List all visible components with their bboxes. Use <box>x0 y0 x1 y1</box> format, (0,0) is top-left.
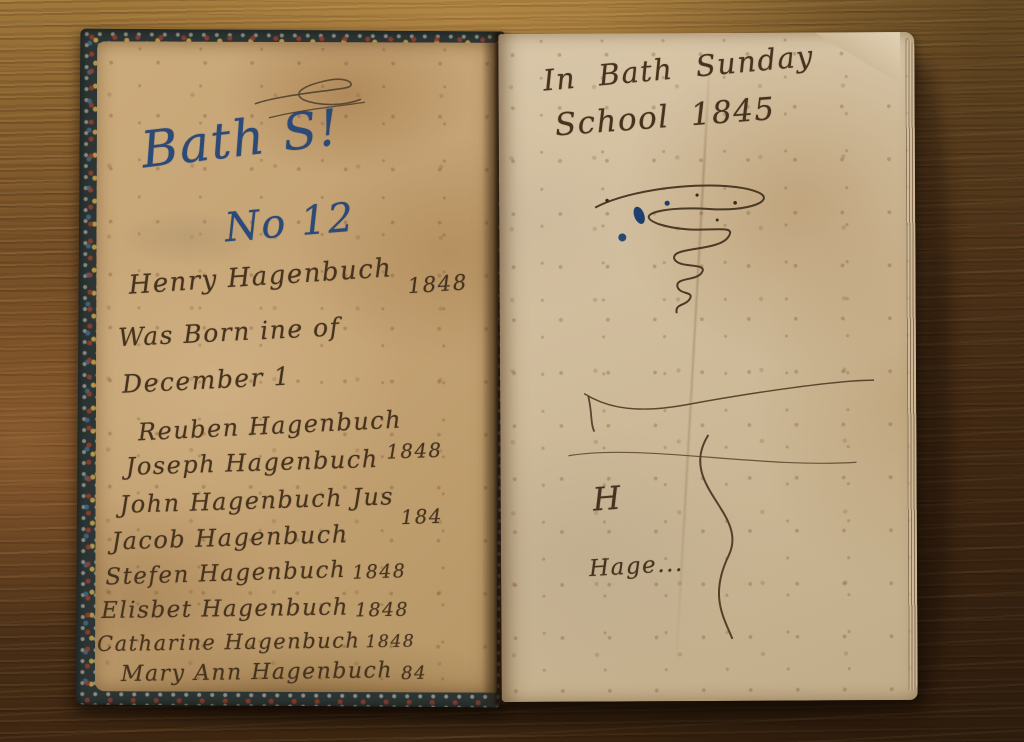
ink-scribble <box>577 175 788 326</box>
folded-corner <box>814 32 900 84</box>
right-page: In Bath Sunday School 1845 H Hage... <box>498 32 917 702</box>
left-page-title: Bath S! <box>138 98 343 179</box>
entry-born-line: Was Born ine of <box>118 312 341 352</box>
photo-of-open-book: Bath S! No 12 Henry Hagenbuch1848 Was Bo… <box>0 0 1024 742</box>
entry-john: John Hagenbuch Jus184 <box>119 481 436 519</box>
entry-stefen: Stefen Hagenbuch1848 <box>105 555 401 590</box>
entry-joseph: Joseph Hagenbuch1848 <box>125 443 435 481</box>
initial-letter: H <box>591 478 623 518</box>
entry-december: December 1 <box>121 362 291 399</box>
entry-reuben: Reuben Hagenbuch <box>137 405 402 446</box>
entry-jacob: Jacob Hagenbuch <box>111 520 349 555</box>
left-page: Bath S! No 12 Henry Hagenbuch1848 Was Bo… <box>95 41 499 692</box>
right-heading-line1: In Bath Sunday <box>541 39 815 98</box>
entry-mary-ann: Mary Ann Hagenbuch84 <box>121 658 419 687</box>
right-heading-line2: School 1845 <box>554 91 777 143</box>
entry-elisbet: Elisbet Hagenbuch1848 <box>101 594 403 624</box>
copy-number: No 12 <box>223 195 357 252</box>
entry-catharine: Catharine Hagenbuch1848 <box>97 628 411 656</box>
partial-name: Hage... <box>588 551 684 582</box>
